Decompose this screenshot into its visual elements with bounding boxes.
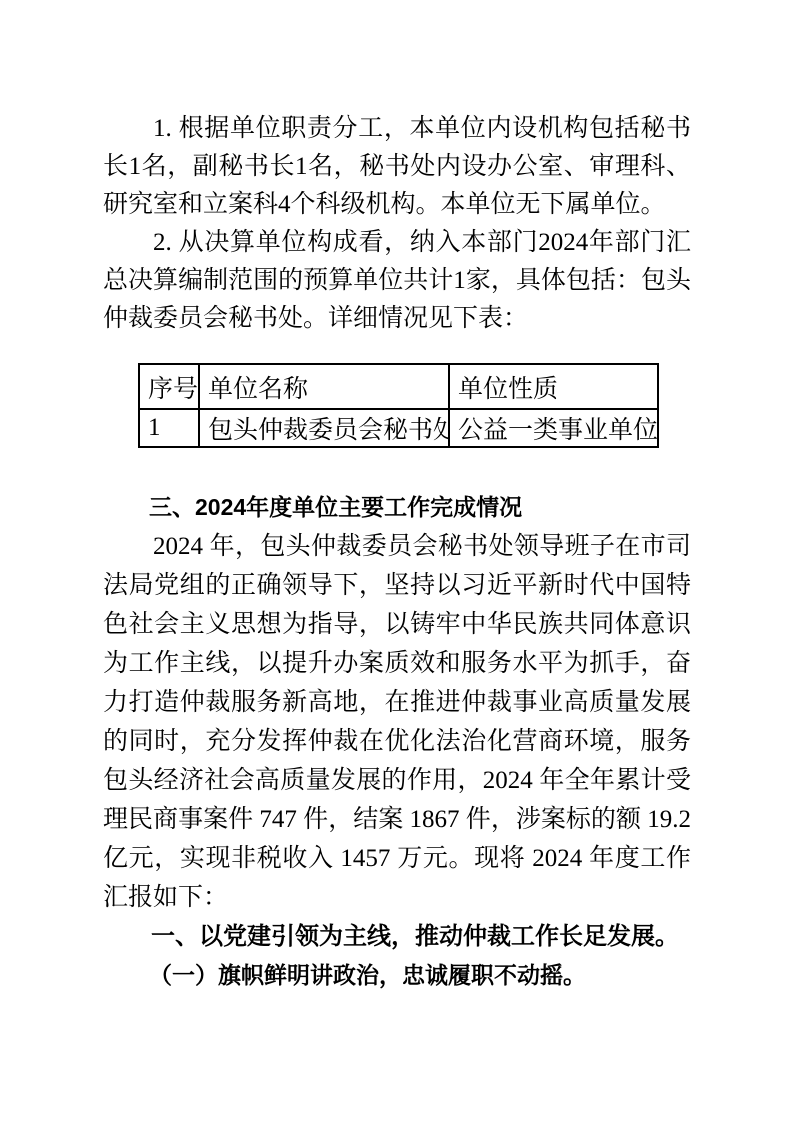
subheading-party-building-leads: 一、以党建引领为主线，推动仲裁工作长足发展。 xyxy=(103,917,691,956)
document-page: 1. 根据单位职责分工，本单位内设机构包括秘书长1名，副秘书长1名，秘书处内设办… xyxy=(0,0,793,1122)
table-header-unit-name: 单位名称 xyxy=(199,364,449,409)
subheading-politics-loyal-duty: （一）旗帜鲜明讲政治，忠诚履职不动摇。 xyxy=(103,956,691,995)
section-heading-2024-work-completion: 三、2024年度单位主要工作完成情况 xyxy=(103,488,691,527)
document-content: 1. 根据单位职责分工，本单位内设机构包括秘书长1名，副秘书长1名，秘书处内设办… xyxy=(103,110,691,995)
paragraph-budget-unit-composition: 2. 从决算单位构成看，纳入本部门2024年部门汇总决算编制范围的预算单位共计1… xyxy=(103,224,691,338)
paragraph-2024-work-summary: 2024 年，包头仲裁委员会秘书处领导班子在市司法局党组的正确领导下，坚持以习近… xyxy=(103,527,691,917)
paragraph-internal-organization: 1. 根据单位职责分工，本单位内设机构包括秘书长1名，副秘书长1名，秘书处内设办… xyxy=(103,110,691,224)
table-header-unit-nature: 单位性质 xyxy=(449,364,658,409)
budget-units-table: 序号 单位名称 单位性质 1 包头仲裁委员会秘书处 公益一类事业单位 xyxy=(138,363,659,448)
table-cell-serial-number: 1 xyxy=(139,409,199,447)
table-cell-unit-name: 包头仲裁委员会秘书处 xyxy=(199,409,449,447)
table-header-serial-number: 序号 xyxy=(139,364,199,409)
table-row: 1 包头仲裁委员会秘书处 公益一类事业单位 xyxy=(139,409,658,447)
table-cell-unit-nature: 公益一类事业单位 xyxy=(449,409,658,447)
table-header-row: 序号 单位名称 单位性质 xyxy=(139,364,658,409)
